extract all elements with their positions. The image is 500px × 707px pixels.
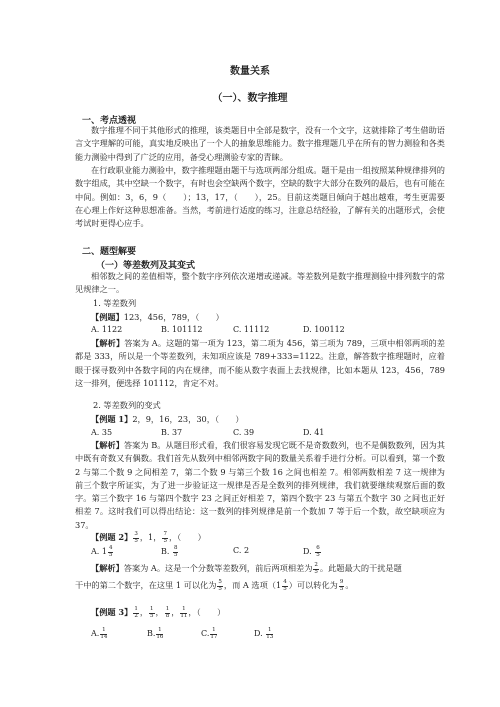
option-label: D. — [303, 547, 312, 556]
analysis2-text: 答案为 A。这是一个分数等差数列，前后两项相差为 — [124, 563, 313, 573]
fraction: 35 — [133, 532, 139, 544]
whole-number: 2 — [244, 546, 249, 555]
section1-paragraph-1: 数字推理不同于其他形式的推理，该类题目中全部是数字，没有一个文字，这就排除了考生… — [75, 124, 445, 164]
option-c: C.117 — [201, 628, 218, 640]
document-page: 数量关系 （一）、数字推理 一、考点透视 数字推理不同于其他形式的推理，该类题目… — [0, 0, 500, 707]
example1-text: 2，9，16，23，30，（ ） — [132, 414, 243, 424]
denominator: 5 — [149, 614, 155, 620]
option-b: B. 85 — [161, 546, 179, 558]
denominator: 13 — [266, 635, 273, 641]
analysis2-text: 干中的第二个数字，在这里 1 可以化为 — [75, 580, 216, 590]
whole-number: 1 — [102, 547, 107, 556]
fraction: 116 — [156, 628, 163, 640]
fraction: 113 — [266, 628, 273, 640]
example3-label: 【例题 3】 — [91, 607, 132, 617]
option-a: A. 145 — [91, 546, 114, 558]
whole-number: 1 — [148, 532, 153, 542]
fraction: 65 — [315, 546, 321, 558]
fraction: 111 — [180, 607, 187, 619]
analysis-text: 答案为 A。这题的第一项为 123，第二项为 456，第三项为 789，三项中相… — [75, 338, 445, 388]
section1-paragraph-1-text: 数字推理不同于其他形式的推理，该类题目中全部是数字，没有一个文字，这就排除了考生… — [75, 125, 445, 162]
denominator: 5 — [315, 553, 321, 559]
option-d: D. 100112 — [303, 325, 345, 334]
part2-example3: 【例题 3】12，15，18，111，（ ） — [91, 606, 225, 619]
analysis2-text: 。此题最大的干扰是题 — [320, 563, 402, 573]
denominator: 11 — [180, 614, 187, 620]
section2-heading: 二、题型解要 — [82, 244, 136, 257]
part2-heading: 2. 等差数列的变式 — [93, 399, 161, 411]
option-d: D. 41 — [303, 428, 324, 437]
option-b: B. 37 — [161, 428, 182, 437]
option-a: A. 35 — [91, 428, 112, 437]
part1-analysis: 【解析】答案为 A。这题的第一项为 123，第二项为 456，第三项为 789，… — [75, 337, 445, 390]
denominator: 5 — [217, 587, 223, 593]
fraction: 18 — [165, 607, 171, 619]
example-label: 【例题】 — [91, 312, 124, 322]
option-b: B.116 — [147, 628, 164, 640]
part1-heading: 1. 等差数列 — [93, 297, 136, 309]
analysis2-text: ）可以转化为 — [289, 580, 338, 590]
option-label: A. — [91, 629, 99, 638]
example2-label: 【例题 2】 — [91, 532, 132, 542]
subsection1-intro: 相邻数之间的差值相等，整个数字序列依次递增或递减。等差数列是数字推理测验中排列数… — [75, 270, 445, 297]
part2-analysis2-line2: 干中的第二个数字，在这里 1 可以化为55，而 A 选项（145）可以转化为95… — [75, 579, 354, 592]
document-subtitle: （一）、数字推理 — [0, 89, 500, 104]
blank: （ ） — [197, 607, 226, 617]
option-d: D. 113 — [254, 628, 274, 640]
fraction: 75 — [162, 532, 168, 544]
denominator: 16 — [156, 635, 163, 641]
subsection1-intro-text: 相邻数之间的差值相等，整个数字序列依次递增或递减。等差数列是数字推理测验中排列数… — [75, 271, 445, 294]
option-label: B. — [161, 547, 169, 556]
blank: （ ） — [177, 532, 206, 542]
analysis2-label: 【解析】 — [91, 563, 124, 573]
part2-analysis1: 【解析】答案为 B。从题目形式看，我们很容易发现它既不是奇数数列，也不是偶数数列… — [75, 439, 445, 532]
part2-example1: 【例题 1】2，9，16，23，30，（ ） — [91, 413, 244, 425]
denominator: 5 — [173, 553, 179, 559]
fraction: 95 — [339, 580, 345, 592]
analysis1-text: 答案为 B。从题目形式看，我们很容易发现它既不是奇数数列，也不是偶数数列，因为其… — [75, 440, 445, 530]
part1-example: 【例题】123，456，789，（ ） — [91, 311, 224, 323]
fraction: 45 — [282, 580, 288, 592]
denominator: 5 — [313, 570, 319, 576]
document-title: 数量关系 — [0, 62, 500, 77]
option-c: C. 2 — [233, 546, 249, 555]
option-c: C. 11112 — [233, 325, 269, 334]
fraction: 25 — [313, 563, 319, 575]
part2-analysis2-line1: 【解析】答案为 A。这是一个分数等差数列，前后两项相差为25。此题最大的干扰是题 — [91, 562, 402, 575]
denominator: 5 — [108, 553, 114, 559]
option-c: C. 39 — [233, 428, 254, 437]
example-text: 123，456，789，（ ） — [124, 312, 224, 322]
denominator: 8 — [165, 614, 171, 620]
analysis2-text: 。 — [345, 580, 353, 590]
option-label: D. — [254, 629, 263, 638]
denominator: 5 — [162, 539, 168, 545]
fraction: 85 — [173, 546, 179, 558]
option-d: D. 65 — [303, 546, 322, 558]
denominator: 5 — [282, 587, 288, 593]
fraction: 114 — [100, 628, 107, 640]
denominator: 17 — [210, 635, 217, 641]
example1-label: 【例题 1】 — [91, 414, 132, 424]
fraction: 117 — [210, 628, 217, 640]
fraction: 45 — [108, 546, 114, 558]
fraction: 12 — [133, 607, 139, 619]
option-label: C. — [201, 629, 209, 638]
denominator: 5 — [133, 539, 139, 545]
section1-paragraph-2: 在行政职业能力测验中，数字推理题由题干与选项两部分组成。题干是由一组按照某种规律… — [75, 164, 445, 230]
analysis1-label: 【解析】 — [91, 440, 124, 450]
option-a: A.114 — [91, 628, 108, 640]
option-label: C. — [233, 546, 241, 555]
analysis2-text: ，而 A 选项（1 — [224, 580, 281, 590]
option-label: B. — [147, 629, 155, 638]
analysis-label: 【解析】 — [91, 338, 124, 348]
denominator: 2 — [133, 614, 139, 620]
part2-example2: 【例题 2】35，1，75，（ ） — [91, 531, 206, 544]
denominator: 14 — [100, 635, 107, 641]
denominator: 5 — [339, 587, 345, 593]
option-label: A. — [91, 547, 99, 556]
fraction: 15 — [149, 607, 155, 619]
fraction: 55 — [217, 580, 223, 592]
section1-paragraph-2-text: 在行政职业能力测验中，数字推理题由题干与选项两部分组成。题干是由一组按照某种规律… — [75, 165, 445, 228]
option-b: B. 101112 — [161, 325, 203, 334]
option-a: A. 1122 — [91, 325, 122, 334]
